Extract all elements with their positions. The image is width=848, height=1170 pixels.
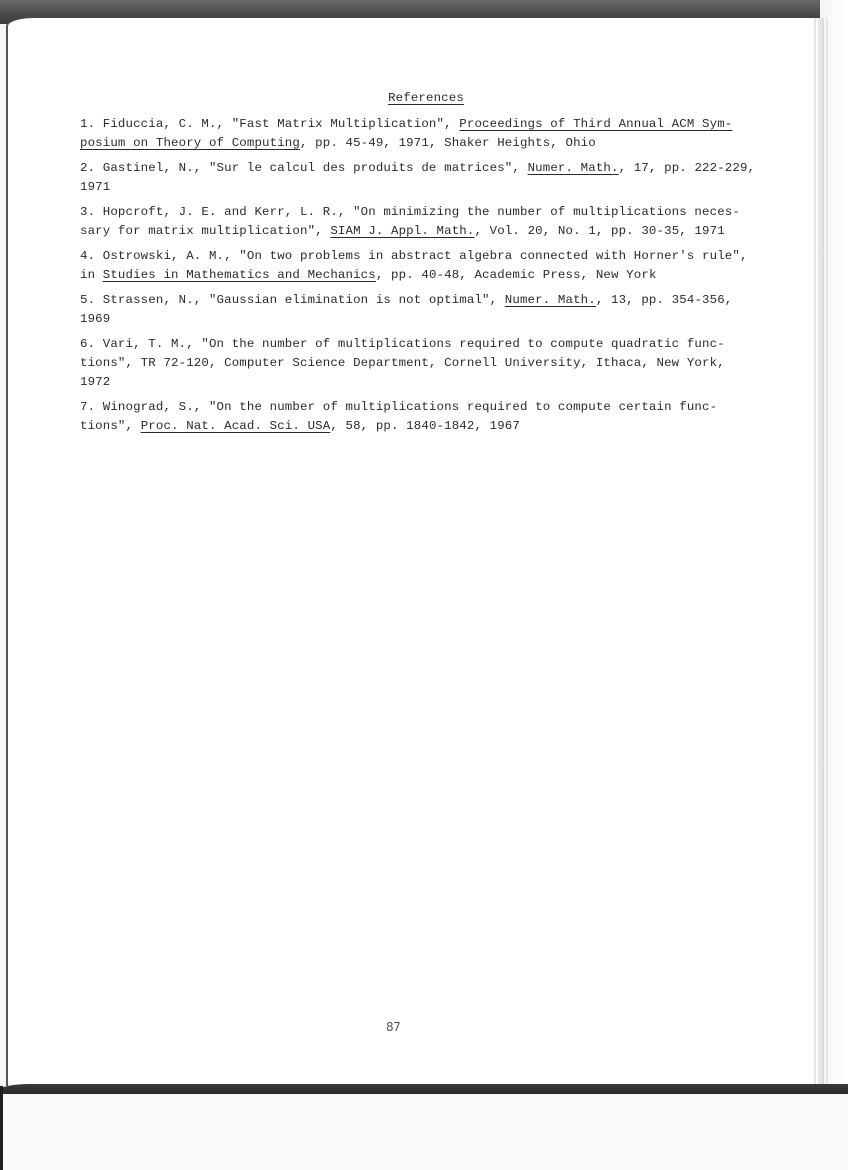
- reference-line: 1969: [80, 310, 760, 329]
- publication-title: SIAM J. Appl. Math.: [330, 224, 474, 238]
- reference-text: , pp. 45-49, 1971, Shaker Heights, Ohio: [300, 136, 596, 150]
- reference-text: , 58, pp. 1840-1842, 1967: [330, 419, 520, 433]
- publication-title: Proc. Nat. Acad. Sci. USA: [141, 419, 331, 433]
- reference-text: 5. Strassen, N., "Gaussian elimination i…: [80, 293, 505, 307]
- reference-entry: 7. Winograd, S., "On the number of multi…: [80, 398, 760, 436]
- reference-text: 1969: [80, 312, 110, 326]
- reference-text: 1. Fiduccia, C. M., "Fast Matrix Multipl…: [80, 117, 459, 131]
- reference-entry: 1. Fiduccia, C. M., "Fast Matrix Multipl…: [80, 115, 760, 153]
- reference-line: 5. Strassen, N., "Gaussian elimination i…: [80, 291, 760, 310]
- page-number: 87: [386, 1020, 400, 1034]
- scanner-border-bottom: [0, 1084, 848, 1094]
- scanner-bed: [3, 1094, 848, 1170]
- reference-entry: 5. Strassen, N., "Gaussian elimination i…: [80, 291, 760, 329]
- reference-line: 1971: [80, 178, 760, 197]
- publication-title: Numer. Math.: [505, 293, 596, 307]
- reference-text: tions",: [80, 419, 141, 433]
- reference-text: 1972: [80, 375, 110, 389]
- reference-line: tions", TR 72-120, Computer Science Depa…: [80, 354, 760, 373]
- reference-line: 3. Hopcroft, J. E. and Kerr, L. R., "On …: [80, 203, 760, 222]
- reference-text: , 17, pp. 222-229,: [619, 161, 756, 175]
- reference-line: sary for matrix multiplication", SIAM J.…: [80, 222, 760, 241]
- reference-text: sary for matrix multiplication",: [80, 224, 330, 238]
- reference-text: tions", TR 72-120, Computer Science Depa…: [80, 356, 725, 370]
- page-stack-edge: [812, 18, 826, 1086]
- reference-text: 3. Hopcroft, J. E. and Kerr, L. R., "On …: [80, 205, 740, 219]
- reference-text: , Vol. 20, No. 1, pp. 30-35, 1971: [474, 224, 724, 238]
- reference-text: 6. Vari, T. M., "On the number of multip…: [80, 337, 725, 351]
- publication-title: Proceedings of Third Annual ACM Sym-: [459, 117, 732, 131]
- reference-line: posium on Theory of Computing, pp. 45-49…: [80, 134, 760, 153]
- reference-text: , 13, pp. 354-356,: [596, 293, 733, 307]
- references-heading: References: [92, 90, 760, 106]
- reference-list: 1. Fiduccia, C. M., "Fast Matrix Multipl…: [80, 115, 760, 436]
- publication-title: posium on Theory of Computing: [80, 136, 300, 150]
- reference-entry: 4. Ostrowski, A. M., "On two problems in…: [80, 247, 760, 285]
- reference-line: 1972: [80, 373, 760, 392]
- reference-line: tions", Proc. Nat. Acad. Sci. USA, 58, p…: [80, 417, 760, 436]
- reference-text: in: [80, 268, 103, 282]
- reference-text: 1971: [80, 180, 110, 194]
- reference-line: 4. Ostrowski, A. M., "On two problems in…: [80, 247, 760, 266]
- reference-entry: 6. Vari, T. M., "On the number of multip…: [80, 335, 760, 392]
- reference-line: 6. Vari, T. M., "On the number of multip…: [80, 335, 760, 354]
- publication-title: Studies in Mathematics and Mechanics: [103, 268, 376, 282]
- reference-text: 7. Winograd, S., "On the number of multi…: [80, 400, 717, 414]
- reference-text: 2. Gastinel, N., "Sur le calcul des prod…: [80, 161, 528, 175]
- reference-text: , pp. 40-48, Academic Press, New York: [376, 268, 657, 282]
- reference-line: 2. Gastinel, N., "Sur le calcul des prod…: [80, 159, 760, 178]
- reference-line: 1. Fiduccia, C. M., "Fast Matrix Multipl…: [80, 115, 760, 134]
- reference-entry: 2. Gastinel, N., "Sur le calcul des prod…: [80, 159, 760, 197]
- publication-title: Numer. Math.: [528, 161, 619, 175]
- reference-text: 4. Ostrowski, A. M., "On two problems in…: [80, 249, 748, 263]
- reference-line: in Studies in Mathematics and Mechanics,…: [80, 266, 760, 285]
- reference-line: 7. Winograd, S., "On the number of multi…: [80, 398, 760, 417]
- reference-entry: 3. Hopcroft, J. E. and Kerr, L. R., "On …: [80, 203, 760, 241]
- references-section: References 1. Fiduccia, C. M., "Fast Mat…: [80, 90, 760, 442]
